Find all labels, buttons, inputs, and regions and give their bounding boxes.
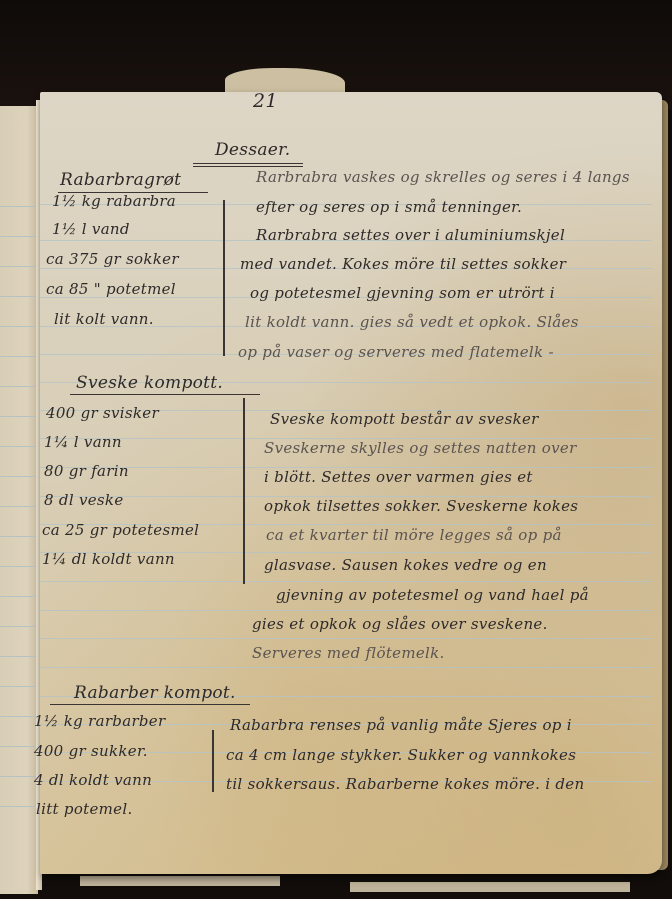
instruction-line: med vandet. Kokes möre til settes sokker (240, 255, 566, 273)
instruction-line: Serveres med flötemelk. (252, 644, 445, 662)
instruction-line: Rarbrabra settes over i aluminiumskjel (256, 226, 565, 244)
ingredient: ca 375 gr sokker (46, 250, 179, 268)
ingredient: litt potemel. (36, 800, 133, 818)
notebook-page: 21 Dessaer. Rabarbragrøt 1½ kg rabarbra … (40, 92, 662, 874)
section-heading: Dessaer. (215, 140, 290, 160)
ingredient: 80 gr farin (44, 462, 129, 480)
recipe-title-underline (50, 704, 250, 705)
ingredient: 1½ kg rabarbra (52, 192, 176, 210)
instruction-line: til sokkersaus. Rabarberne kokes möre. i… (226, 775, 584, 793)
page-number: 21 (253, 90, 278, 112)
instruction-line: ca 4 cm lange stykker. Sukker og vannkok… (226, 746, 576, 764)
ingredient: ca 85 " potetmel (46, 280, 176, 298)
ingredient: 4 dl koldt vann (34, 771, 152, 789)
instruction-line: lit koldt vann. gies så vedt et opkok. S… (245, 313, 579, 331)
instruction-line: ca et kvarter til möre legges så op på (266, 526, 562, 544)
ingredient: 400 gr svisker (46, 404, 159, 422)
ingredient: ca 25 gr potetesmel (42, 521, 199, 539)
instruction-line: og potetesmel gjevning som er utrört i (250, 284, 555, 302)
instruction-line: Rabarbra renses på vanlig måte Sjeres op… (230, 716, 572, 734)
recipe-title: Rabarber kompot. (74, 683, 236, 703)
heading-underline (193, 166, 303, 167)
instruction-line: efter og seres op i små tenninger. (256, 198, 522, 216)
instruction-line: i blött. Settes over varmen gies et (264, 468, 533, 486)
ingredient: 1½ kg rarbarber (34, 712, 165, 730)
left-page-edge (0, 106, 38, 894)
heading-underline (193, 163, 303, 164)
ingredient: lit kolt vann. (54, 310, 154, 328)
instruction-line: Rarbrabra vaskes og skrelles og seres i … (256, 168, 630, 186)
recipe-title-underline (70, 394, 260, 395)
torn-bottom-edge (350, 882, 630, 892)
torn-bottom-edge (80, 876, 280, 886)
instruction-line: Sveske kompott består av svesker (270, 410, 539, 428)
ingredient: 400 gr sukker. (34, 742, 148, 760)
ingredient: 1½ l vand (52, 220, 130, 238)
ingredient: 1¼ dl koldt vann (42, 550, 175, 568)
column-divider (212, 730, 214, 792)
recipe-title: Sveske kompott. (76, 373, 223, 393)
instruction-line: op på vaser og serveres med flatemelk - (238, 343, 554, 361)
recipe-title: Rabarbragrøt (60, 170, 181, 190)
instruction-line: glasvase. Sausen kokes vedre og en (264, 556, 547, 574)
instruction-line: opkok tilsettes sokker. Sveskerne kokes (264, 497, 578, 515)
instruction-line: gies et opkok og slåes over sveskene. (252, 615, 548, 633)
instruction-line: Sveskerne skylles og settes natten over (264, 439, 577, 457)
ingredient: 1¼ l vann (44, 433, 122, 451)
instruction-line: gjevning av potetesmel og vand hael på (276, 586, 589, 604)
ingredient: 8 dl veske (44, 491, 124, 509)
column-divider (243, 398, 245, 584)
column-divider (223, 200, 225, 356)
